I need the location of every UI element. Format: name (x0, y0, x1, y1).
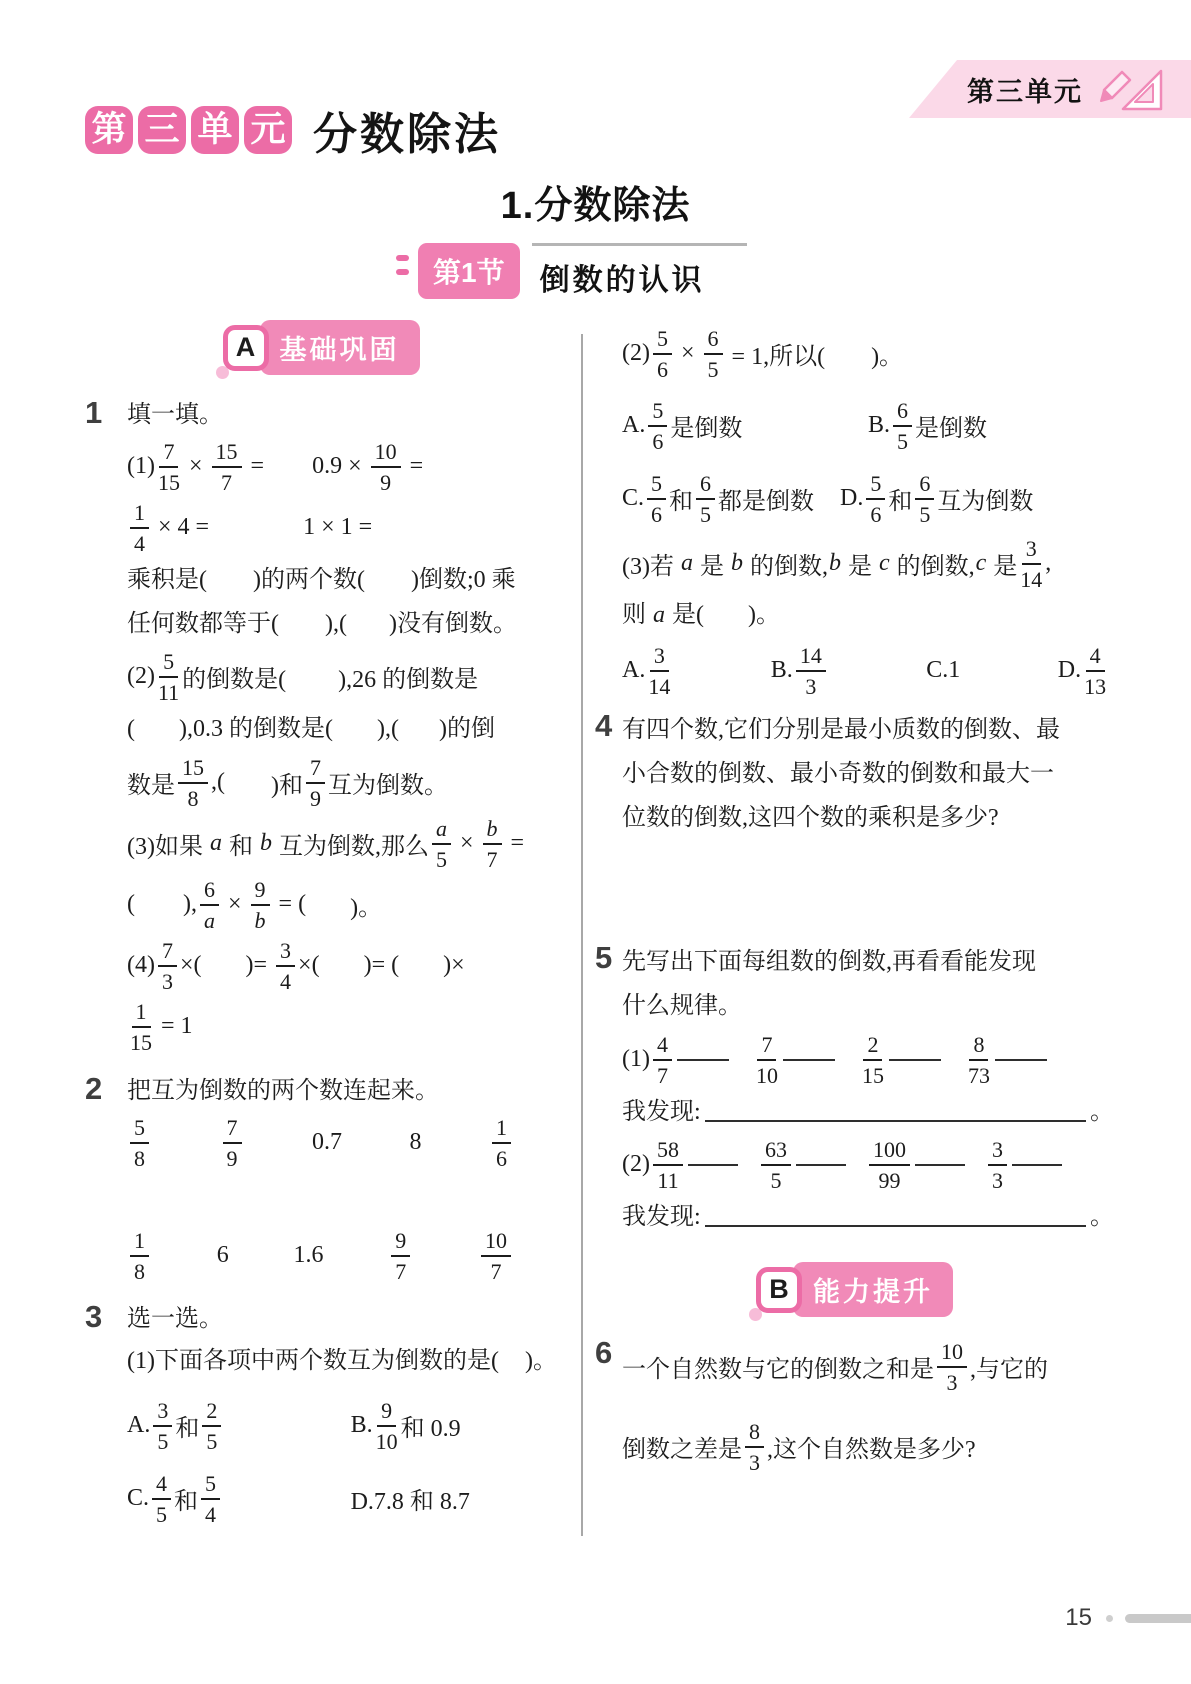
text-run: )倒数;0 乘 (411, 562, 516, 599)
answer-line (705, 1225, 1086, 1227)
question-text: 倒数之差是83,这个自然数是多少? (622, 1419, 1114, 1474)
corner-unit-label: 第三单元 (967, 70, 1083, 109)
variable: b (259, 830, 273, 857)
math-line: (1)715 × 157 = 0.9 × 109 = (127, 439, 557, 494)
numerator: 5 (647, 471, 666, 500)
variable: a (209, 830, 223, 857)
text-run: = (505, 830, 525, 857)
text-run: A. (127, 1412, 150, 1439)
spacer (347, 624, 389, 625)
text-run: 的倒数, (744, 546, 828, 581)
text-run: 我发现: (622, 1094, 701, 1131)
text-run: )× (443, 952, 465, 979)
numerator: 6 (893, 398, 912, 427)
page-number: 15 (1065, 1604, 1092, 1632)
fraction: 54 (201, 1471, 220, 1526)
spacer (279, 624, 325, 625)
option-a: A.314 (622, 643, 673, 698)
question-text: 位数的倒数,这四个数的乘积是多少? (622, 800, 1114, 838)
question-2: 2 把互为倒数的两个数连起来。 58790.7816 1861.697107 (85, 1069, 557, 1289)
unit-title-boxed-char: 元 (244, 106, 292, 154)
spacer (306, 904, 350, 905)
question-title: 选一选。 (127, 1301, 557, 1337)
question-4: 4 有四个数,它们分别是最小质数的倒数、最 小合数的倒数、最小奇数的倒数和最大一… (595, 706, 1114, 844)
text-run: 位数的倒数,这四个数的乘积是多少? (622, 800, 999, 837)
question-body: 有四个数,它们分别是最小质数的倒数、最 小合数的倒数、最小奇数的倒数和最大一 位… (622, 706, 1114, 844)
numerator: 5 (866, 471, 885, 500)
question-1: 1 填一填。 (1)715 × 157 = 0.9 × 109 = 14 × 4… (85, 393, 557, 1061)
section-b-badge: B 能力提升 (756, 1262, 953, 1317)
denominator: 15 (158, 468, 180, 494)
fraction: 511 (158, 649, 179, 704)
numerator: 3 (276, 938, 295, 967)
denominator: 6 (651, 500, 662, 526)
match-row-bottom: 1861.697107 (127, 1228, 514, 1283)
numerator: 6 (915, 471, 934, 500)
text-run: × (222, 891, 248, 918)
fraction: 65 (893, 398, 912, 453)
options-row: A.314 B.143 C.1 D.413 (622, 643, 1109, 698)
text-run: )。 (871, 336, 903, 371)
numerator: 3 (988, 1137, 1007, 1166)
numerator: 2 (202, 1398, 221, 1427)
spacer (399, 965, 443, 966)
spacer (837, 1059, 859, 1060)
options-row: C.56和65都是倒数 D.56和65互为倒数 (622, 471, 1114, 526)
fraction: 314 (1020, 536, 1042, 591)
denominator: 73 (968, 1061, 990, 1087)
fraction: 158 (178, 755, 208, 810)
numerator: 3 (1022, 536, 1041, 565)
set-square-pencil-icon (1099, 65, 1165, 113)
denominator: 5 (708, 355, 719, 381)
answer-blank (677, 1059, 729, 1061)
fraction: 215 (862, 1032, 884, 1087)
unit-title: 第三单元 分数除法 (85, 98, 501, 162)
numerator: 9 (377, 1398, 396, 1427)
answer-blank (688, 1164, 738, 1166)
badge-a-letter: A (223, 325, 269, 371)
denominator: 5 (919, 500, 930, 526)
variable: b (828, 550, 842, 577)
dash-icon (396, 269, 409, 275)
column-divider (581, 334, 583, 1536)
spacer (320, 965, 364, 966)
text-run: 1.6 (294, 1242, 324, 1269)
numerator: 10 (371, 439, 401, 468)
spacer (215, 527, 303, 528)
fill-in-line: 任何数都等于(),()没有倒数。 (127, 605, 557, 643)
variable: c (878, 550, 891, 577)
denominator: 7 (487, 845, 498, 871)
text-run: )= ( (364, 952, 400, 979)
text-run: A. (622, 657, 645, 684)
question-title: 把互为倒数的两个数连起来。 (127, 1073, 557, 1109)
text-run: )。 (748, 597, 780, 634)
fill-in-line: 乘积是()的两个数()倒数;0 乘 (127, 561, 557, 599)
denominator: 3 (749, 1448, 760, 1474)
spacer (731, 1059, 753, 1060)
footer-bar (1125, 1614, 1191, 1623)
numerator: 63 (761, 1137, 791, 1166)
text-run: D. (1058, 657, 1081, 684)
numerator: 1 (132, 999, 151, 1028)
section-title-wrap: 倒数的认识 (532, 243, 747, 299)
question-number: 4 (595, 706, 622, 844)
dash-icon (396, 255, 409, 261)
fraction: 25 (202, 1398, 221, 1453)
numerator: 5 (159, 649, 178, 678)
question-body: 先写出下面每组数的倒数,再看看能发现 什么规律。 (1)47710215873 … (622, 938, 1114, 1242)
text-run: 数是 (127, 765, 175, 800)
question-number: 1 (85, 393, 127, 1061)
denominator: 10 (756, 1061, 778, 1087)
question-text: 一个自然数与它的倒数之和是103,与它的 (622, 1339, 1114, 1394)
text-run: 倒数之差是 (622, 1429, 742, 1464)
fraction: 73 (158, 938, 177, 993)
text-run: B. (868, 412, 890, 439)
fraction: 79 (306, 755, 325, 810)
unit-title-boxed-char: 第 (85, 106, 133, 154)
text-run: 的倒数是( (182, 659, 286, 694)
numerator: 7 (223, 1115, 242, 1144)
fraction: 10099 (869, 1137, 910, 1192)
denominator: 7 (657, 1061, 668, 1087)
fraction: 873 (968, 1032, 990, 1087)
text-run: )的两个数( (253, 562, 365, 599)
option-a: A.35和25 (127, 1398, 351, 1453)
question-3-continued: (2)56 × 65 = 1,所以()。 A.56是倒数 B.65是倒数 C.5… (595, 326, 1114, 698)
numerator: a (432, 816, 451, 845)
numerator: 7 (306, 755, 325, 784)
reciprocal-row-1: (1)47710215873 (622, 1032, 1114, 1087)
text-run: 是 (987, 546, 1017, 581)
question-3: 3 选一选。 (1)下面各项中两个数互为倒数的是()。 A.35和25 B.91… (85, 1297, 557, 1535)
text-run: ,这个自然数是多少? (767, 1429, 976, 1464)
fraction: 56 (653, 326, 672, 381)
fraction: 16 (492, 1115, 511, 1170)
text-run: (2) (622, 340, 650, 367)
numerator: 14 (796, 643, 826, 672)
denominator: 9 (310, 784, 321, 810)
question-number: 3 (85, 1297, 127, 1535)
text-run: D. (840, 485, 863, 512)
option-b: B.143 (771, 643, 829, 698)
reciprocal-row-2: (2)58116351009933 (622, 1137, 1114, 1192)
text-run: 和 (174, 1481, 198, 1516)
fraction: 33 (988, 1137, 1007, 1192)
text-run: (3)如果 (127, 826, 209, 861)
question-body: 把互为倒数的两个数连起来。 58790.7816 1861.697107 (127, 1069, 557, 1289)
text-run: ),( (325, 606, 347, 643)
question-body: 一个自然数与它的倒数之和是103,与它的 倒数之差是83,这个自然数是多少? (622, 1333, 1114, 1479)
fraction: 109 (371, 439, 401, 494)
text-run: (2) (127, 663, 155, 690)
text-run: C.1 (926, 657, 960, 684)
answer-line (705, 1120, 1086, 1122)
denominator: a (204, 906, 215, 932)
text-run: A. (622, 412, 645, 439)
fraction: 65 (704, 326, 723, 381)
options-grid: A.56是倒数 B.65是倒数 (622, 389, 1114, 462)
fraction: 83 (745, 1419, 764, 1474)
numerator: 8 (745, 1419, 764, 1448)
numerator: 7 (757, 1032, 776, 1061)
text-run: 是 (842, 546, 878, 581)
denominator: 5 (700, 500, 711, 526)
numerator: 1 (492, 1115, 511, 1144)
spacer (943, 1059, 965, 1060)
math-line: 115 = 1 (127, 999, 557, 1054)
question-number: 6 (595, 1333, 622, 1479)
denominator: 3 (992, 1166, 1003, 1192)
text-run: )。 (350, 887, 382, 922)
text-run: 任何数都等于( (127, 606, 279, 643)
denominator: 3 (162, 967, 173, 993)
text-run: ),0.3 的倒数是( (179, 711, 333, 748)
question-title: 填一填。 (127, 397, 557, 433)
section-title: 倒数的认识 (540, 264, 705, 297)
spacer (848, 1164, 866, 1165)
fraction: 18 (130, 1228, 149, 1283)
text-run: (1) (622, 1046, 650, 1073)
fraction: 65 (915, 471, 934, 526)
spacer (333, 729, 377, 730)
text-run: 1 × 1 = (303, 514, 372, 541)
text-run: 和 (888, 481, 912, 516)
fraction: 413 (1084, 643, 1106, 698)
unit-corner-banner: 第三单元 (909, 60, 1191, 118)
answer-blank (783, 1059, 835, 1061)
text-run: 6 (217, 1242, 229, 1269)
fraction: b7 (483, 816, 502, 871)
fraction: 107 (481, 1228, 511, 1283)
denominator: 14 (1020, 565, 1042, 591)
text-run: 的倒数, (891, 546, 975, 581)
numerator: 15 (178, 755, 208, 784)
numerator: 10 (481, 1228, 511, 1257)
fraction: 47 (653, 1032, 672, 1087)
denominator: 8 (188, 784, 199, 810)
fraction: 79 (223, 1115, 242, 1170)
fraction: 34 (276, 938, 295, 993)
text-run: 。 (1090, 1199, 1114, 1236)
numerator: 5 (653, 326, 672, 355)
option-c: C.1 (926, 643, 960, 698)
fraction: 635 (761, 1137, 791, 1192)
numerator: 58 (653, 1137, 683, 1166)
fraction: 5811 (653, 1137, 683, 1192)
numerator: 3 (650, 643, 669, 672)
denominator: 4 (134, 529, 145, 555)
badge-a-label: 基础巩固 (260, 320, 420, 375)
denominator: 5 (897, 427, 908, 453)
denominator: b (255, 906, 266, 932)
sub-question: (1)下面各项中两个数互为倒数的是()。 (127, 1343, 557, 1381)
numerator: 2 (863, 1032, 882, 1061)
text-run: = 1,所以( (726, 336, 826, 371)
footer-dot-icon (1106, 1615, 1113, 1622)
text-run: ,与它的 (970, 1349, 1048, 1384)
math-line: 数是158,()和79互为倒数。 (127, 755, 557, 810)
badge-b-letter: B (756, 1267, 802, 1313)
discover-line: 我发现:。 (622, 1198, 1114, 1236)
text-run: (1)下面各项中两个数互为倒数的是( (127, 1343, 499, 1380)
denominator: 5 (770, 1166, 781, 1192)
text-run: 我发现: (622, 1199, 701, 1236)
spacer (704, 615, 748, 616)
fraction: 58 (130, 1115, 149, 1170)
numerator: 1 (130, 1228, 149, 1257)
fraction: 35 (153, 1398, 172, 1453)
text-run: = ( (273, 891, 307, 918)
denominator: 7 (395, 1257, 406, 1283)
question-number: 5 (595, 938, 622, 1242)
fraction: 910 (376, 1398, 398, 1453)
numerator: 4 (653, 1032, 672, 1061)
denominator: 6 (496, 1144, 507, 1170)
denominator: 3 (947, 1368, 958, 1394)
fraction: 65 (696, 471, 715, 526)
text-run: × (675, 340, 701, 367)
text-run: 是倒数 (670, 408, 742, 443)
question-body: 选一选。 (1)下面各项中两个数互为倒数的是()。 A.35和25 B.910和… (127, 1297, 557, 1535)
answer-space (595, 852, 1114, 938)
math-line: (),6a × 9b = ()。 (127, 877, 557, 932)
section-badge: 第1节 (418, 243, 520, 299)
text-run: )= (246, 952, 274, 979)
numerator: 7 (158, 938, 177, 967)
text-run: 乘积是( (127, 562, 207, 599)
spacer (135, 729, 179, 730)
spacer (202, 965, 246, 966)
denominator: 5 (436, 845, 447, 871)
workbook-page: 第三单元 第三单元 分数除法 1.分数除法 第1节 倒数的认识 A (0, 0, 1191, 1684)
numerator: 3 (153, 1398, 172, 1427)
option-d: D.56和65互为倒数 (840, 471, 1033, 526)
math-line: (4)73×()= 34×()= ()× (127, 938, 557, 993)
text-run: ),26 的倒数是 (338, 659, 478, 694)
left-column: A 基础巩固 1 填一填。 (1)715 × 157 = 0.9 × 109 =… (85, 320, 557, 1543)
denominator: 7 (491, 1257, 502, 1283)
spacer (740, 1164, 758, 1165)
text-run: 互为倒数 (937, 481, 1033, 516)
text-run: 先写出下面每组数的倒数,再看看能发现 (622, 944, 1036, 981)
denominator: 6 (657, 355, 668, 381)
option-b: B.65是倒数 (868, 398, 1114, 453)
text-run: ,( (211, 769, 225, 796)
spacer (286, 676, 338, 677)
spacer (499, 1361, 525, 1362)
text-run: )的倒 (439, 711, 495, 748)
denominator: 10 (376, 1427, 398, 1453)
denominator: 8 (134, 1144, 145, 1170)
fraction: 56 (648, 398, 667, 453)
text-run: 和 0.9 (401, 1408, 461, 1443)
numerator: b (483, 816, 502, 845)
numerator: 1 (130, 500, 149, 529)
section-dashes (396, 255, 409, 275)
text-run: 小合数的倒数、最小奇数的倒数和最大一 (622, 756, 1054, 793)
text-run: (1) (127, 453, 155, 480)
discover-line: 我发现:。 (622, 1093, 1114, 1131)
numerator: 15 (212, 439, 242, 468)
fill-in-line: (),0.3 的倒数是(),()的倒 (127, 711, 557, 749)
text-run: 都是倒数 (718, 481, 814, 516)
numerator: 5 (130, 1115, 149, 1144)
answer-blank (889, 1059, 941, 1061)
answer-blank (995, 1059, 1047, 1061)
page-footer: 15 (1065, 1604, 1191, 1632)
spacer (365, 580, 411, 581)
text-run: )和 (271, 765, 303, 800)
question-body: 填一填。 (1)715 × 157 = 0.9 × 109 = 14 × 4 =… (127, 393, 557, 1061)
unit-title-boxed-char: 单 (191, 106, 239, 154)
numerator: 9 (391, 1228, 410, 1257)
unit-title-boxes: 第三单元 (85, 106, 297, 154)
denominator: 11 (158, 678, 179, 704)
text-run: 和 (223, 826, 259, 861)
text-run: × 4 = (152, 514, 215, 541)
text-run: B. (351, 1412, 373, 1439)
badge-b-label: 能力提升 (793, 1262, 953, 1317)
right-column: (2)56 × 65 = 1,所以()。 A.56是倒数 B.65是倒数 C.5… (595, 320, 1114, 1543)
text-run: 。 (1090, 1094, 1114, 1131)
text-run: (3)若 (622, 546, 680, 581)
text-run: × (454, 830, 480, 857)
text-run: ×( (180, 952, 202, 979)
spacer (967, 1164, 985, 1165)
question-text: 有四个数,它们分别是最小质数的倒数、最 (622, 712, 1114, 750)
text-run: = (404, 453, 424, 480)
fraction: 157 (212, 439, 242, 494)
fraction: 14 (130, 500, 149, 555)
option-b: B.910和 0.9 (351, 1398, 557, 1453)
text-run: 是倒数 (915, 408, 987, 443)
text-run: = 1 (155, 1013, 193, 1040)
sub-question: 则 a 是()。 (622, 597, 1114, 635)
fraction: 103 (937, 1339, 967, 1394)
question-text: 小合数的倒数、最小奇数的倒数和最大一 (622, 756, 1114, 794)
fraction: 715 (158, 439, 180, 494)
spacer (825, 353, 871, 354)
fraction: 56 (647, 471, 666, 526)
text-run: 有四个数,它们分别是最小质数的倒数、最 (622, 712, 1060, 749)
text-run: (4) (127, 952, 155, 979)
variable: c (975, 550, 988, 577)
text-run: 是( (666, 597, 704, 634)
two-column-area: A 基础巩固 1 填一填。 (1)715 × 157 = 0.9 × 109 =… (85, 320, 1114, 1543)
sub-question: (2)56 × 65 = 1,所以()。 (622, 326, 1114, 381)
denominator: 4 (205, 1500, 216, 1526)
denominator: 14 (648, 672, 670, 698)
numerator: 9 (251, 877, 270, 906)
spacer (270, 466, 312, 467)
fraction: 710 (756, 1032, 778, 1087)
fraction: 45 (152, 1471, 171, 1526)
text-run: 0.9 × (312, 453, 368, 480)
denominator: 5 (157, 1427, 168, 1453)
option-d: D.7.8 和 8.7 (351, 1471, 557, 1526)
option-d: D.413 (1058, 643, 1109, 698)
option-a: A.56是倒数 (622, 398, 868, 453)
numerator: 6 (200, 877, 219, 906)
section-header: 第1节 倒数的认识 (396, 243, 747, 299)
denominator: 6 (652, 427, 663, 453)
text-run: ( (127, 711, 135, 748)
numerator: 100 (869, 1137, 910, 1166)
text-run: (2) (622, 1151, 650, 1178)
